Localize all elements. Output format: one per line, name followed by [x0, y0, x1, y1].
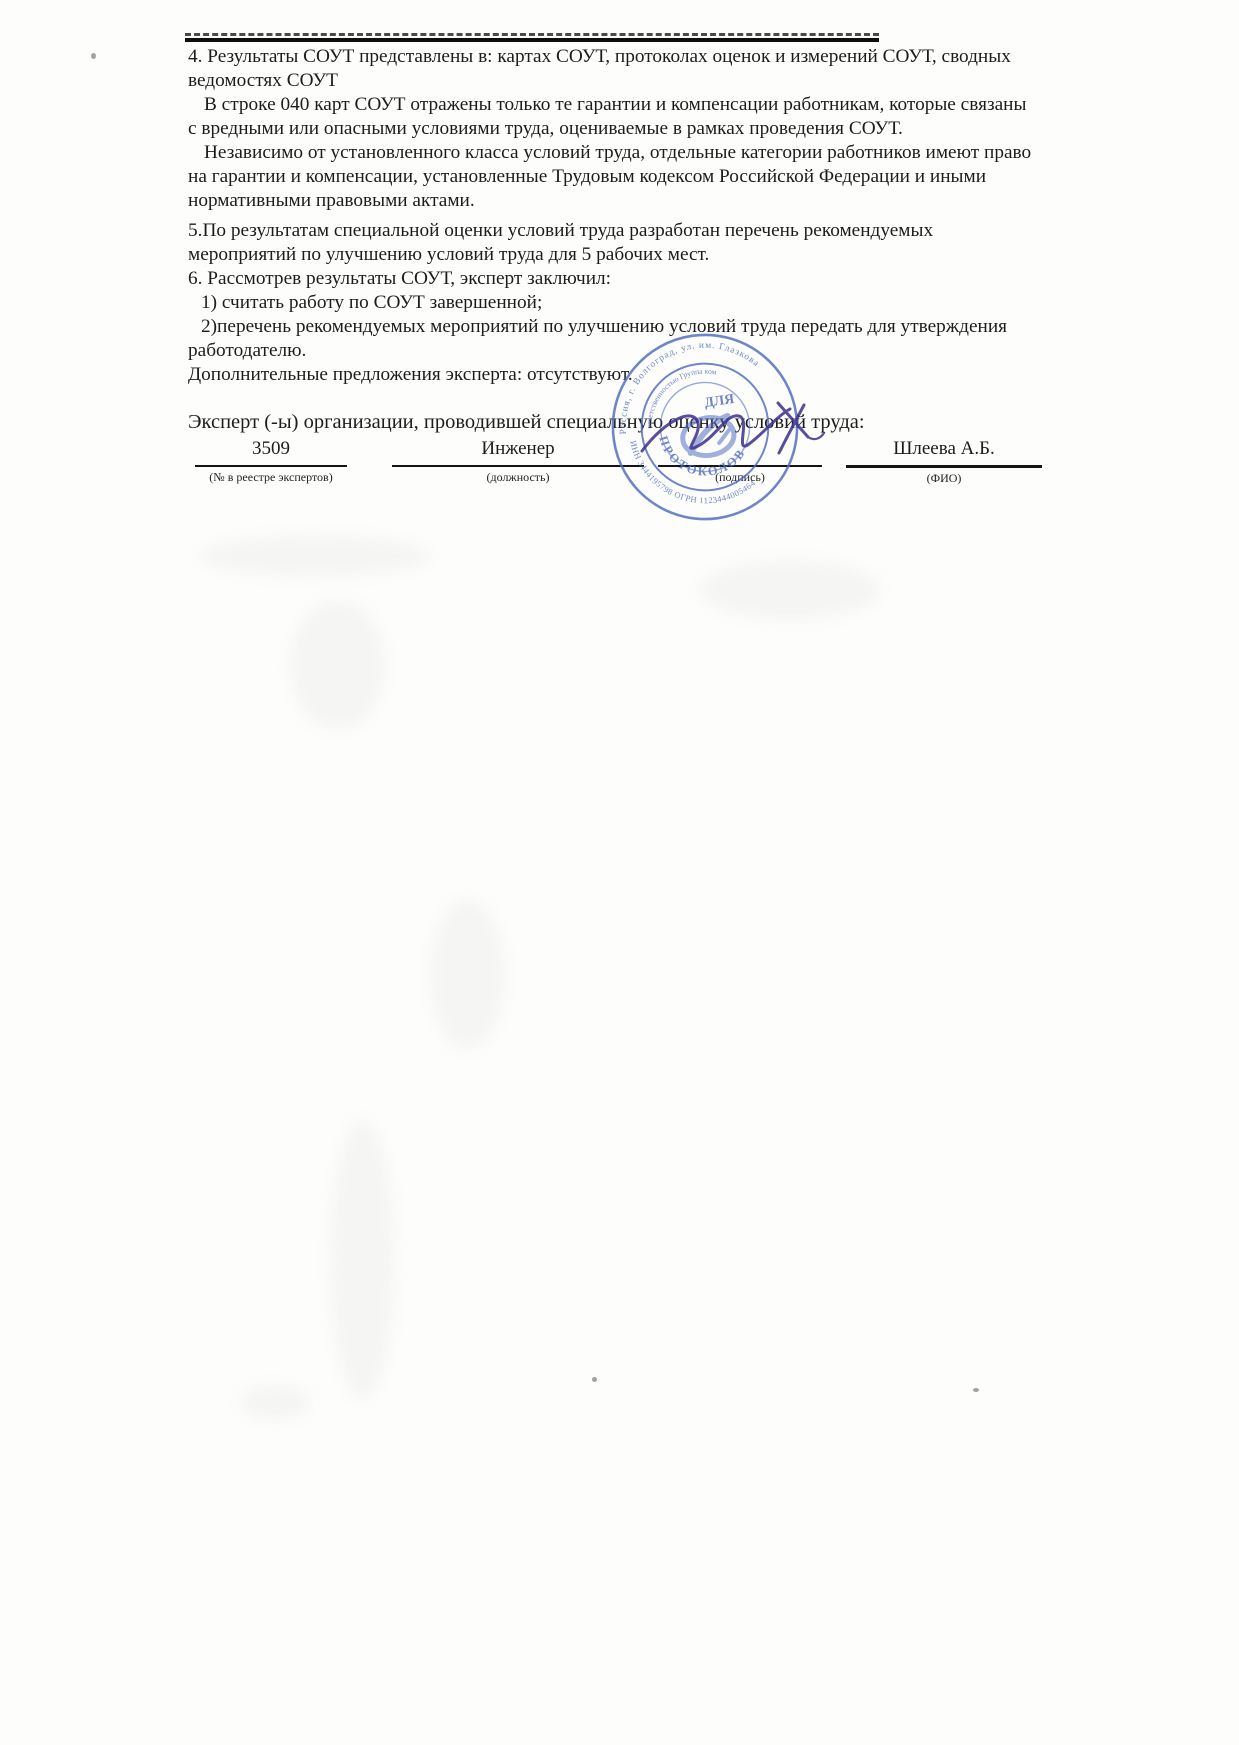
scan-speck — [592, 1377, 597, 1382]
stamp-center-word: ДЛЯ — [703, 391, 735, 410]
scan-bleedthrough — [700, 560, 880, 620]
signature-value — [658, 438, 822, 467]
scan-speck — [973, 1388, 979, 1392]
paragraph-4: 4. Результаты СОУТ представлены в: карта… — [188, 45, 1033, 93]
scan-bleedthrough — [240, 1385, 310, 1420]
scan-bleedthrough — [430, 900, 505, 1050]
signature-col-name: Шлеева А.Б. (ФИО) — [846, 438, 1042, 486]
signature-col-signature: (подпись) — [658, 438, 822, 485]
position-value: Инженер — [392, 438, 644, 467]
signature-col-position: Инженер (должность) — [392, 438, 644, 485]
paragraph-line-040: В строке 040 карт СОУТ отражены только т… — [188, 93, 1033, 141]
document-body: 4. Результаты СОУТ представлены в: карта… — [188, 45, 1033, 387]
signature-col-registry-number: 3509 (№ в реестре экспертов) — [195, 438, 347, 485]
scan-bleedthrough — [330, 1120, 395, 1400]
scan-speck — [91, 53, 96, 59]
scanned-document-page: 4. Результаты СОУТ представлены в: карта… — [0, 0, 1239, 1745]
conclusion-item-2: 2)перечень рекомендуемых мероприятий по … — [188, 315, 1033, 363]
registry-number-caption: (№ в реестре экспертов) — [195, 467, 347, 485]
additional-proposals: Дополнительные предложения эксперта: отс… — [188, 363, 1033, 387]
paragraph-5: 5.По результатам специальной оценки усло… — [188, 219, 1033, 267]
expert-heading: Эксперт (-ы) организации, проводившей сп… — [188, 411, 865, 434]
scan-bleedthrough — [290, 600, 385, 730]
conclusion-item-1: 1) считать работу по СОУТ завершенной; — [188, 291, 1033, 315]
paragraph-guarantees: Независимо от установленного класса усло… — [188, 141, 1033, 213]
position-caption: (должность) — [392, 467, 644, 485]
scan-bleedthrough — [200, 535, 430, 577]
signature-caption: (подпись) — [658, 467, 822, 485]
expert-name-caption: (ФИО) — [846, 468, 1042, 486]
registry-number-value: 3509 — [195, 438, 347, 467]
paragraph-6: 6. Рассмотрев результаты СОУТ, эксперт з… — [188, 267, 1033, 291]
top-rule-divider — [185, 33, 879, 42]
expert-name-value: Шлеева А.Б. — [846, 438, 1042, 468]
